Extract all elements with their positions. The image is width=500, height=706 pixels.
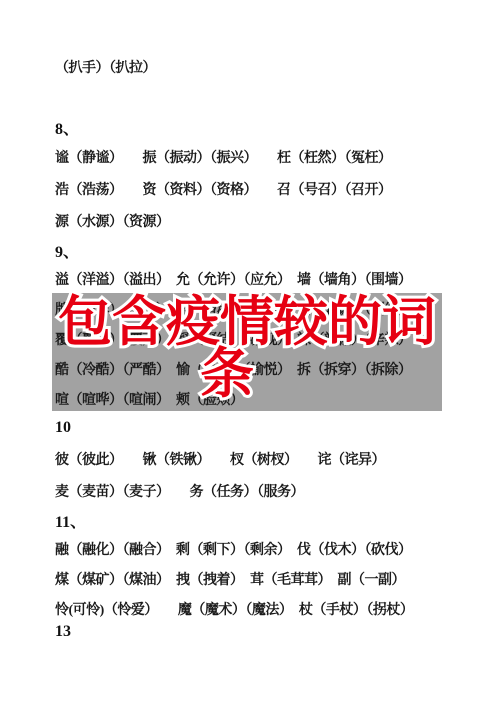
word-row: 融（融化）（融合） 剩（剩下）（剩余） 伐（伐木）（砍伐） [55,539,412,559]
section-number-9: 9、 [55,239,79,262]
worksheet-page: （扒手）（扒拉） 8、 谧（静谧） 振（振动）（振兴） 枉（枉然）（冤枉） 浩（… [0,0,500,706]
word-row: 浩（浩荡） 资（资料）（资格） 召（号召）（召开） [55,179,392,199]
word-row: 怜(可怜)（怜爱） 魔（魔术）（魔法） 杖（手杖）（拐杖） [55,599,413,619]
watermark-title-line2: 条 [6,348,448,400]
watermark-title-line1: 包含疫情较的词 [46,296,448,348]
word-row: 彼（彼此） 锹（铁锹） 杈（树杈） 诧（诧异） [55,449,385,469]
word-row: （扒手）（扒拉） [55,57,156,77]
word-row: 煤（煤矿）（煤油） 拽（拽着） 茸（毛茸茸） 副（一副） [55,569,405,589]
section-number-8: 8、 [55,116,79,139]
section-number-10: 10 [55,419,71,437]
watermark-title: 包含疫情较的词 条 [46,296,448,400]
word-row: 溢（洋溢）（溢出） 允（允许）（应允） 墙（墙角）（围墙） [55,269,412,289]
word-row: 谧（静谧） 振（振动）（振兴） 枉（枉然）（冤枉） [55,147,392,167]
section-number-13: 13 [55,623,71,641]
section-number-11: 11、 [55,509,86,532]
word-row: 麦（麦苗）（麦子） 务（任务）（服务） [55,481,304,501]
word-row: 源（水源）（资源） [55,211,170,231]
